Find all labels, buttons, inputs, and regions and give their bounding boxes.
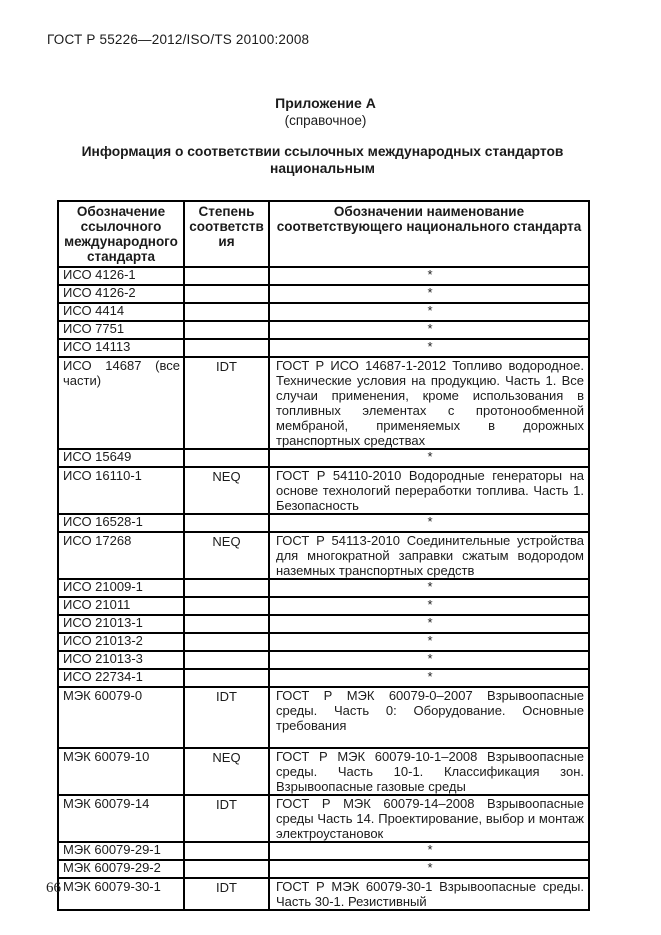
- reference-standard-cell: МЭК 60079-29-1: [58, 842, 184, 860]
- reference-standard-cell: ИСО 4414: [58, 303, 184, 321]
- national-standard-cell: ГОСТ Р МЭК 60079-10-1–2008 Взрывоопасные…: [269, 748, 589, 795]
- table-body: ИСО 4126-1*ИСО 4126-2*ИСО 4414*ИСО 7751*…: [58, 267, 589, 910]
- correspondence-table-container: Обозначение ссылочного международного ст…: [57, 200, 591, 911]
- no-national-equivalent-marker-cell: *: [269, 597, 589, 615]
- reference-standard-cell: ИСО 21013-3: [58, 651, 184, 669]
- appendix-title: Приложение А: [60, 94, 591, 112]
- degree-of-conformity-cell: IDT: [184, 357, 269, 449]
- table-row: ИСО 4126-2*: [58, 285, 589, 303]
- reference-standard-cell: ИСО 17268: [58, 532, 184, 579]
- no-national-equivalent-marker-cell: *: [269, 615, 589, 633]
- degree-of-conformity-cell: [184, 842, 269, 860]
- national-standard-cell: ГОСТ Р ИСО 14687-1-2012 Топливо водородн…: [269, 357, 589, 449]
- table-row: ИСО 14113*: [58, 339, 589, 357]
- document-page: ГОСТ Р 55226—2012/ISO/TS 20100:2008 Прил…: [0, 0, 661, 935]
- reference-standard-cell: ИСО 16528-1: [58, 514, 184, 532]
- table-row: МЭК 60079-14IDTГОСТ Р МЭК 60079-14–2008 …: [58, 795, 589, 842]
- appendix-subtitle: (справочное): [60, 112, 591, 130]
- degree-of-conformity-cell: [184, 339, 269, 357]
- degree-of-conformity-cell: IDT: [184, 687, 269, 748]
- reference-standard-cell: ИСО 16110-1: [58, 467, 184, 514]
- table-row: ИСО 22734-1*: [58, 669, 589, 687]
- national-standard-cell: ГОСТ Р МЭК 60079-30-1 Взрывоопасные сред…: [269, 878, 589, 910]
- table-row: ИСО 16110-1NEQГОСТ Р 54110-2010 Водородн…: [58, 467, 589, 514]
- no-national-equivalent-marker-cell: *: [269, 860, 589, 878]
- reference-standard-cell: МЭК 60079-0: [58, 687, 184, 748]
- degree-of-conformity-cell: [184, 285, 269, 303]
- reference-standard-cell: ИСО 21013-2: [58, 633, 184, 651]
- no-national-equivalent-marker-cell: *: [269, 842, 589, 860]
- table-row: ИСО 21013-3*: [58, 651, 589, 669]
- table-row: ИСО 21013-2*: [58, 633, 589, 651]
- table-row: МЭК 60079-29-2*: [58, 860, 589, 878]
- no-national-equivalent-marker-cell: *: [269, 514, 589, 532]
- column-header-degree-of-conformity: Степень соответствия: [184, 201, 269, 267]
- degree-of-conformity-cell: NEQ: [184, 467, 269, 514]
- national-standard-cell: ГОСТ Р МЭК 60079-14–2008 Взрывоопасные с…: [269, 795, 589, 842]
- table-row: ИСО 7751*: [58, 321, 589, 339]
- degree-of-conformity-cell: [184, 303, 269, 321]
- degree-of-conformity-cell: [184, 860, 269, 878]
- table-row: ИСО 17268NEQГОСТ Р 54113-2010 Соединител…: [58, 532, 589, 579]
- degree-of-conformity-cell: [184, 267, 269, 285]
- table-row: МЭК 60079-0IDTГОСТ Р МЭК 60079-0–2007 Вз…: [58, 687, 589, 748]
- national-standard-cell: ГОСТ Р 54110-2010 Водородные генераторы …: [269, 467, 589, 514]
- column-header-national-standard: Обозначении наименование соответствующег…: [269, 201, 589, 267]
- no-national-equivalent-marker-cell: *: [269, 285, 589, 303]
- no-national-equivalent-marker-cell: *: [269, 449, 589, 467]
- table-row: ИСО 21013-1*: [58, 615, 589, 633]
- degree-of-conformity-cell: NEQ: [184, 748, 269, 795]
- reference-standard-cell: МЭК 60079-30-1: [58, 878, 184, 910]
- reference-standard-cell: ИСО 21009-1: [58, 579, 184, 597]
- table-row: ИСО 21009-1*: [58, 579, 589, 597]
- no-national-equivalent-marker-cell: *: [269, 321, 589, 339]
- reference-standard-cell: ИСО 14113: [58, 339, 184, 357]
- reference-standard-cell: МЭК 60079-14: [58, 795, 184, 842]
- table-header-row: Обозначение ссылочного международного ст…: [58, 201, 589, 267]
- degree-of-conformity-cell: [184, 321, 269, 339]
- reference-standard-cell: ИСО 15649: [58, 449, 184, 467]
- degree-of-conformity-cell: [184, 579, 269, 597]
- reference-standard-cell: ИСО 4126-1: [58, 267, 184, 285]
- degree-of-conformity-cell: [184, 633, 269, 651]
- reference-standard-cell: МЭК 60079-29-2: [58, 860, 184, 878]
- table-row: ИСО 4414*: [58, 303, 589, 321]
- degree-of-conformity-cell: [184, 615, 269, 633]
- table-row: ИСО 14687 (все части)IDTГОСТ Р ИСО 14687…: [58, 357, 589, 449]
- reference-standard-cell: ИСО 4126-2: [58, 285, 184, 303]
- degree-of-conformity-cell: [184, 449, 269, 467]
- table-row: ИСО 15649*: [58, 449, 589, 467]
- national-standard-cell: ГОСТ Р 54113-2010 Соединительные устройс…: [269, 532, 589, 579]
- reference-standard-cell: ИСО 7751: [58, 321, 184, 339]
- degree-of-conformity-cell: IDT: [184, 878, 269, 910]
- no-national-equivalent-marker-cell: *: [269, 633, 589, 651]
- no-national-equivalent-marker-cell: *: [269, 651, 589, 669]
- degree-of-conformity-cell: [184, 597, 269, 615]
- no-national-equivalent-marker-cell: *: [269, 303, 589, 321]
- degree-of-conformity-cell: IDT: [184, 795, 269, 842]
- national-standard-cell: ГОСТ Р МЭК 60079-0–2007 Взрывоопасные ср…: [269, 687, 589, 748]
- table-row: ИСО 21011*: [58, 597, 589, 615]
- reference-standard-cell: ИСО 14687 (все части): [58, 357, 184, 449]
- section-title: Информация о соответствии ссылочных межд…: [57, 143, 588, 177]
- no-national-equivalent-marker-cell: *: [269, 339, 589, 357]
- degree-of-conformity-cell: NEQ: [184, 532, 269, 579]
- page-number: 66: [46, 880, 61, 897]
- table-row: ИСО 16528-1*: [58, 514, 589, 532]
- degree-of-conformity-cell: [184, 669, 269, 687]
- reference-standard-cell: ИСО 21011: [58, 597, 184, 615]
- correspondence-table: Обозначение ссылочного международного ст…: [57, 200, 590, 911]
- no-national-equivalent-marker-cell: *: [269, 267, 589, 285]
- reference-standard-cell: ИСО 22734-1: [58, 669, 184, 687]
- table-row: МЭК 60079-30-1IDTГОСТ Р МЭК 60079-30-1 В…: [58, 878, 589, 910]
- reference-standard-cell: МЭК 60079-10: [58, 748, 184, 795]
- no-national-equivalent-marker-cell: *: [269, 669, 589, 687]
- degree-of-conformity-cell: [184, 651, 269, 669]
- table-row: МЭК 60079-10NEQГОСТ Р МЭК 60079-10-1–200…: [58, 748, 589, 795]
- table-row: МЭК 60079-29-1*: [58, 842, 589, 860]
- appendix-heading: Приложение А (справочное): [60, 94, 591, 130]
- degree-of-conformity-cell: [184, 514, 269, 532]
- reference-standard-cell: ИСО 21013-1: [58, 615, 184, 633]
- column-header-reference-standard: Обозначение ссылочного международного ст…: [58, 201, 184, 267]
- document-code-header: ГОСТ Р 55226—2012/ISO/TS 20100:2008: [47, 32, 309, 47]
- no-national-equivalent-marker-cell: *: [269, 579, 589, 597]
- table-row: ИСО 4126-1*: [58, 267, 589, 285]
